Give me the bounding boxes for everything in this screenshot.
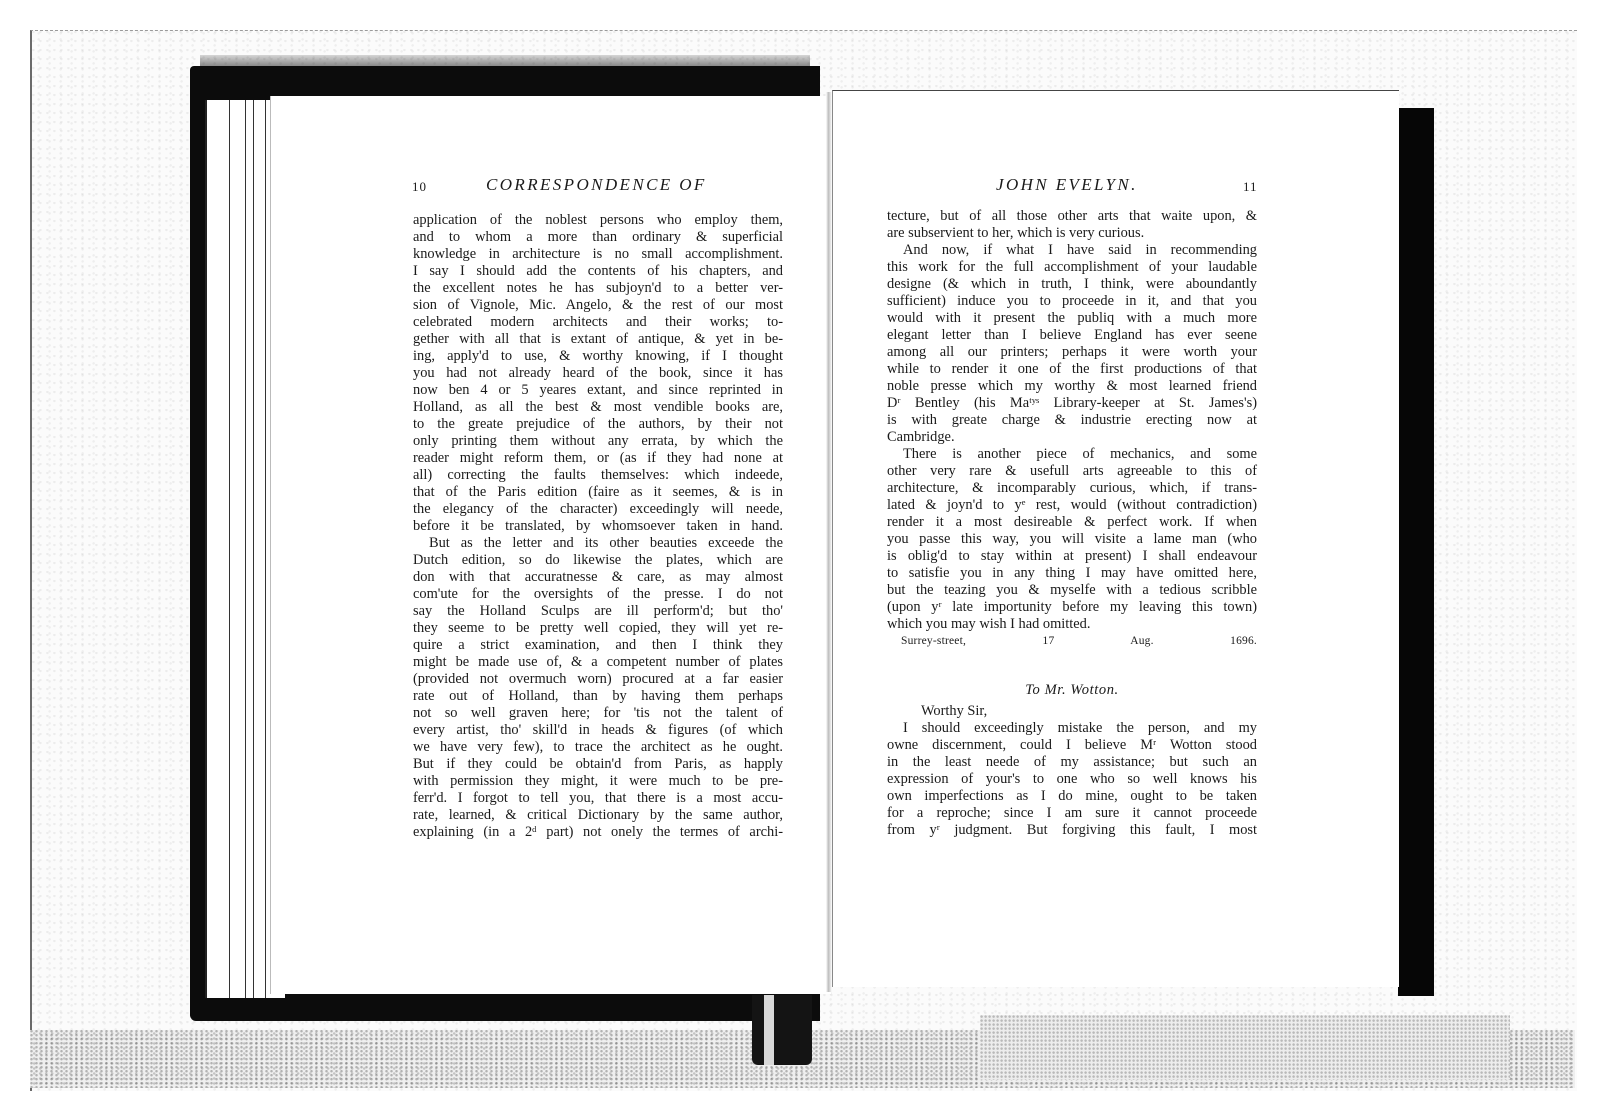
text-line: lated & joyn'd to yᵉ rest, would (withou… xyxy=(887,497,1257,514)
letter-body: I should exceedingly mistake the person,… xyxy=(887,720,1257,839)
text-line: ferr'd. I forgot to tell you, that there… xyxy=(413,790,783,807)
text-line: and to whom a more than ordinary & super… xyxy=(413,229,783,246)
scan-bed-right-bottom xyxy=(980,1015,1510,1080)
text-line: would with it present the publiq with a … xyxy=(887,310,1257,327)
text-line: Holland, as all the best & most vendible… xyxy=(413,399,783,416)
text-line: noble presse which my worthy & most lear… xyxy=(887,378,1257,395)
text-line: is oblig'd to stay within at present) I … xyxy=(887,548,1257,565)
text-line: is with greate charge & industrie erecti… xyxy=(887,412,1257,429)
letter-dateline: Surrey-street, 17 Aug. 1696. xyxy=(887,633,1257,650)
text-line: application of the noblest persons who e… xyxy=(413,212,783,229)
text-line: all) correcting the faults themselves: w… xyxy=(413,467,783,484)
text-line: you had not already heard of the book, s… xyxy=(413,365,783,382)
text-line: quire a strict examination, and then I t… xyxy=(413,637,783,654)
text-line: Cambridge. xyxy=(887,429,1257,446)
text-line: but the teazing you & myselfe with a ted… xyxy=(887,582,1257,599)
text-line: this work for the full accomplishment of… xyxy=(887,259,1257,276)
text-line: only printing them without any errata, b… xyxy=(413,433,783,450)
text-line: other very rare & usefull arts agreeable… xyxy=(887,463,1257,480)
text-line: tecture, but of all those other arts tha… xyxy=(887,208,1257,225)
letter-heading: To Mr. Wotton. xyxy=(887,682,1257,699)
right-book-cover-edge xyxy=(1398,108,1434,996)
letter-salutation: Worthy Sir, xyxy=(887,703,1257,720)
text-line: that of the Paris edition (faire as it s… xyxy=(413,484,783,501)
text-line: own imperfections as I do mine, ought to… xyxy=(887,788,1257,805)
right-running-head: 11 xyxy=(1243,176,1258,196)
left-running-head: 10 xyxy=(412,176,427,196)
text-line: rate out of Holland, than by having them… xyxy=(413,688,783,705)
text-line: knowledge in architecture is no small ac… xyxy=(413,246,783,263)
text-line: might be made use of, & a competent numb… xyxy=(413,654,783,671)
text-line: they seeme to be pretty well copied, the… xyxy=(413,620,783,637)
text-line: the excellent notes he has subjoyn'd to … xyxy=(413,280,783,297)
text-line: while to render it one of the first prod… xyxy=(887,361,1257,378)
text-line: don with that accuratnesse & care, as ma… xyxy=(413,569,783,586)
left-page-body: application of the noblest persons who e… xyxy=(413,212,783,841)
text-line: to the greate prejudice of the authors, … xyxy=(413,416,783,433)
text-line: (provided not overmuch worn) procured at… xyxy=(413,671,783,688)
letter-continuation: tecture, but of all those other arts tha… xyxy=(887,208,1257,633)
text-line: every artist, tho' skill'd in heads & fi… xyxy=(413,722,783,739)
text-line: explaining (in a 2ᵈ part) not onely the … xyxy=(413,824,783,841)
left-running-title: CORRESPONDENCE OF xyxy=(486,175,707,195)
text-line: There is another piece of mechanics, and… xyxy=(887,446,1257,463)
text-line: expression of your's to one who so well … xyxy=(887,771,1257,788)
text-line: from yʳ judgment. But forgiving this fau… xyxy=(887,822,1257,839)
page-leaf-edge xyxy=(229,100,230,998)
text-line: elegant letter than I believe England ha… xyxy=(887,327,1257,344)
text-line: Dutch edition, so do likewise the plates… xyxy=(413,552,783,569)
text-line: ing, apply'd to use, & worthy knowing, i… xyxy=(413,348,783,365)
page-leaf-edge xyxy=(265,100,266,998)
text-line: owne discernment, could I believe Mʳ Wot… xyxy=(887,737,1257,754)
text-line: the elegancy of the character) exceeding… xyxy=(413,501,783,518)
text-line: I should exceedingly mistake the person,… xyxy=(887,720,1257,737)
text-line: Dʳ Bentley (his Maᵗʸˢ Library-keeper at … xyxy=(887,395,1257,412)
text-line: which you may wish I had omitted. xyxy=(887,616,1257,633)
text-line: But if they could be obtain'd from Paris… xyxy=(413,756,783,773)
text-line: to satisfie you in any thing I may have … xyxy=(887,565,1257,582)
text-line: sion of Vignole, Mic. Angelo, & the rest… xyxy=(413,297,783,314)
text-line: we have very few), to trace the architec… xyxy=(413,739,783,756)
text-line: you passe this way, you will visite a la… xyxy=(887,531,1257,548)
text-line: are subservient to her, which is very cu… xyxy=(887,225,1257,242)
text-line: now ben 4 or 5 yeares extant, and since … xyxy=(413,382,783,399)
spine-band xyxy=(764,995,774,1065)
text-line: for a reproche; since I am sure it canno… xyxy=(887,805,1257,822)
right-page-number: 11 xyxy=(1243,179,1258,194)
text-line: I say I should add the contents of his c… xyxy=(413,263,783,280)
text-line: architecture, & incomparably curious, wh… xyxy=(887,480,1257,497)
text-line: gether with all that is extant of antiqu… xyxy=(413,331,783,348)
right-page-body: tecture, but of all those other arts tha… xyxy=(887,208,1257,839)
text-line: (upon yʳ late importunity before my leav… xyxy=(887,599,1257,616)
text-line: com'ute for the oversights of the presse… xyxy=(413,586,783,603)
text-line: render it a most desireable & perfect wo… xyxy=(887,514,1257,531)
right-running-title: JOHN EVELYN. xyxy=(996,175,1138,195)
page-leaf-edge xyxy=(253,100,254,998)
text-line: in the least neede of my assistance; but… xyxy=(887,754,1257,771)
text-line: celebrated modern architects and their w… xyxy=(413,314,783,331)
text-line: reader might reform them, or (as if they… xyxy=(413,450,783,467)
text-line: before it be translated, by whomsoever t… xyxy=(413,518,783,535)
text-line: say the Holland Sculps are ill perform'd… xyxy=(413,603,783,620)
text-line: rate, learned, & critical Dictionary by … xyxy=(413,807,783,824)
text-line: not so well graven here; for 'tis not th… xyxy=(413,705,783,722)
text-line: And now, if what I have said in recommen… xyxy=(887,242,1257,259)
text-line: designe (& which in truth, I think, were… xyxy=(887,276,1257,293)
text-line: But as the letter and its other beauties… xyxy=(413,535,783,552)
text-line: among all our printers; perhaps it were … xyxy=(887,344,1257,361)
page-leaf-edge xyxy=(245,100,246,998)
left-page-number: 10 xyxy=(412,179,427,194)
text-line: sufficient) induce you to proceede in it… xyxy=(887,293,1257,310)
text-line: with permission they might, it were much… xyxy=(413,773,783,790)
spine-bottom xyxy=(752,995,812,1065)
